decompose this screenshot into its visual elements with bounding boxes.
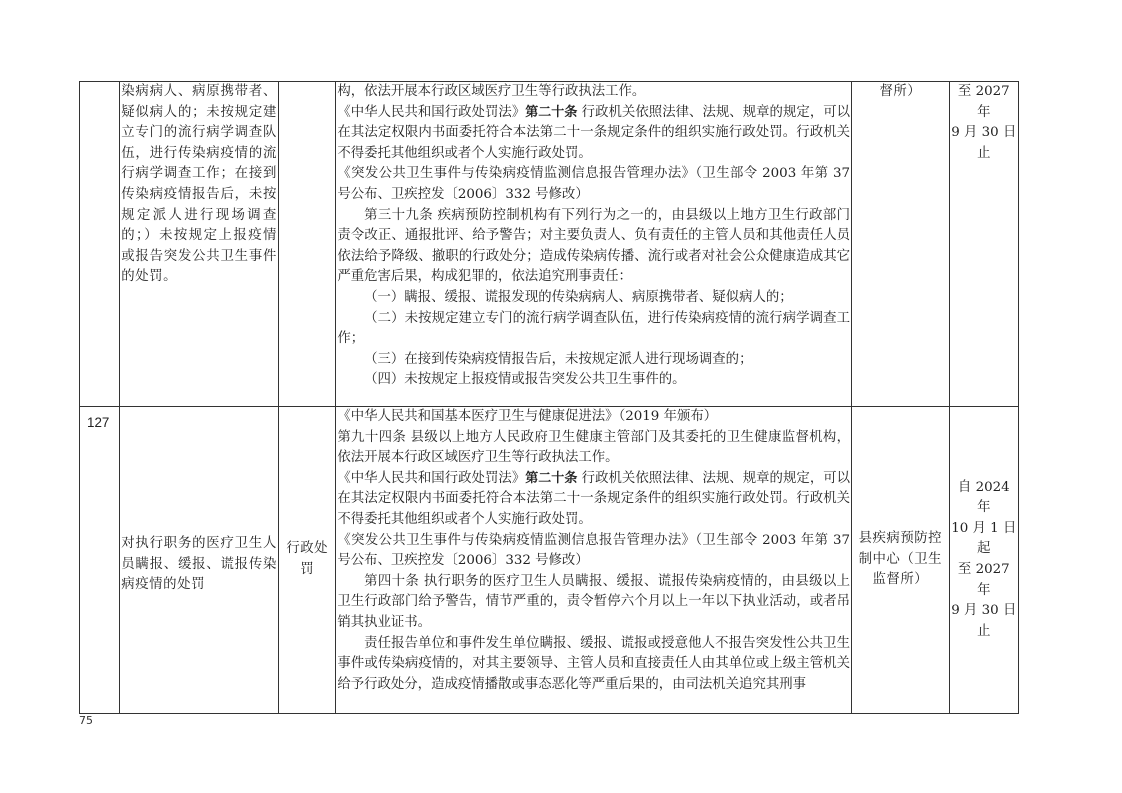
- item-name-cell: 染病病人、病原携带者、疑似病人的；未按规定建立专门的流行病学调查队伍，进行传染病…: [120, 82, 279, 407]
- basis-paragraph: 第四十条 执行职务的医疗卫生人员瞒报、缓报、谎报传染病疫情的，由县级以上卫生行政…: [337, 572, 850, 634]
- item-type-cell: 行政处罚: [279, 407, 336, 714]
- item-number-cell: 127: [80, 407, 120, 714]
- basis-paragraph: 责任报告单位和事件发生单位瞒报、缓报、谎报或授意他人不报告突发性公共卫生事件或传…: [337, 634, 850, 696]
- page-number: 75: [79, 714, 93, 727]
- period-line: 9 月 30 日止: [951, 601, 1017, 642]
- enforcement-items-table: 染病病人、病原携带者、疑似病人的；未按规定建立专门的流行病学调查队伍，进行传染病…: [79, 81, 1019, 714]
- period-line: 9 月 30 日止: [951, 123, 1017, 164]
- legal-basis-cell: 构，依法开展本行政区域医疗卫生等行政执法工作。 《中华人民共和国行政处罚法》第二…: [336, 82, 852, 407]
- item-type-cell: [279, 82, 336, 407]
- period-line: 至 2027 年: [951, 82, 1017, 123]
- law-title: 《中华人民共和国行政处罚法》: [337, 105, 525, 120]
- basis-paragraph: 第九十四条 县级以上地方人民政府卫生健康主管部门及其委托的卫生健康监督机构，依法…: [337, 428, 850, 469]
- basis-clause: （一）瞒报、缓报、谎报发现的传染病病人、病原携带者、疑似病人的；: [337, 288, 850, 309]
- responsible-org-cell: 督所）: [852, 82, 950, 407]
- period-line: 自 2024 年: [951, 478, 1017, 519]
- basis-paragraph: 第三十九条 疾病预防控制机构有下列行为之一的，由县级以上地方卫生行政部门责令改正…: [337, 206, 850, 288]
- item-name-cell: 对执行职务的医疗卫生人员瞒报、缓报、谎报传染病疫情的处罚: [120, 407, 279, 714]
- validity-period-cell: 自 2024 年 10 月 1 日起 至 2027 年 9 月 30 日止: [949, 407, 1018, 714]
- table-row: 127 对执行职务的医疗卫生人员瞒报、缓报、谎报传染病疫情的处罚 行政处罚 《中…: [80, 407, 1019, 714]
- basis-clause: （二）未按规定建立专门的流行病学调查队伍，进行传染病疫情的流行病学调查工作；: [337, 309, 850, 350]
- basis-paragraph: 《中华人民共和国行政处罚法》第二十条 行政机关依照法律、法规、规章的规定，可以在…: [337, 469, 850, 531]
- basis-paragraph: 构，依法开展本行政区域医疗卫生等行政执法工作。: [337, 82, 850, 103]
- basis-paragraph: 《中华人民共和国行政处罚法》第二十条 行政机关依照法律、法规、规章的规定，可以在…: [337, 103, 850, 165]
- legal-basis-cell: 《中华人民共和国基本医疗卫生与健康促进法》（2019 年颁布） 第九十四条 县级…: [336, 407, 852, 714]
- article-number: 第二十条: [525, 471, 577, 486]
- table-row: 染病病人、病原携带者、疑似病人的；未按规定建立专门的流行病学调查队伍，进行传染病…: [80, 82, 1019, 407]
- article-number: 第二十条: [525, 105, 577, 120]
- law-title: 《中华人民共和国行政处罚法》: [337, 471, 525, 486]
- period-line: 10 月 1 日起: [951, 519, 1017, 560]
- basis-paragraph: 《中华人民共和国基本医疗卫生与健康促进法》（2019 年颁布）: [337, 407, 850, 428]
- basis-clause: （四）未按规定上报疫情或报告突发公共卫生事件的。: [337, 370, 850, 391]
- responsible-org-cell: 县疾病预防控制中心（卫生监督所）: [852, 407, 950, 714]
- validity-period-cell: 至 2027 年 9 月 30 日止: [949, 82, 1018, 407]
- period-line: 至 2027 年: [951, 560, 1017, 601]
- basis-paragraph: 《突发公共卫生事件与传染病疫情监测信息报告管理办法》（卫生部令 2003 年第 …: [337, 164, 850, 205]
- basis-clause: （三）在接到传染病疫情报告后，未按规定派人进行现场调查的；: [337, 350, 850, 371]
- basis-paragraph: 《突发公共卫生事件与传染病疫情监测信息报告管理办法》（卫生部令 2003 年第 …: [337, 531, 850, 572]
- item-number-cell: [80, 82, 120, 407]
